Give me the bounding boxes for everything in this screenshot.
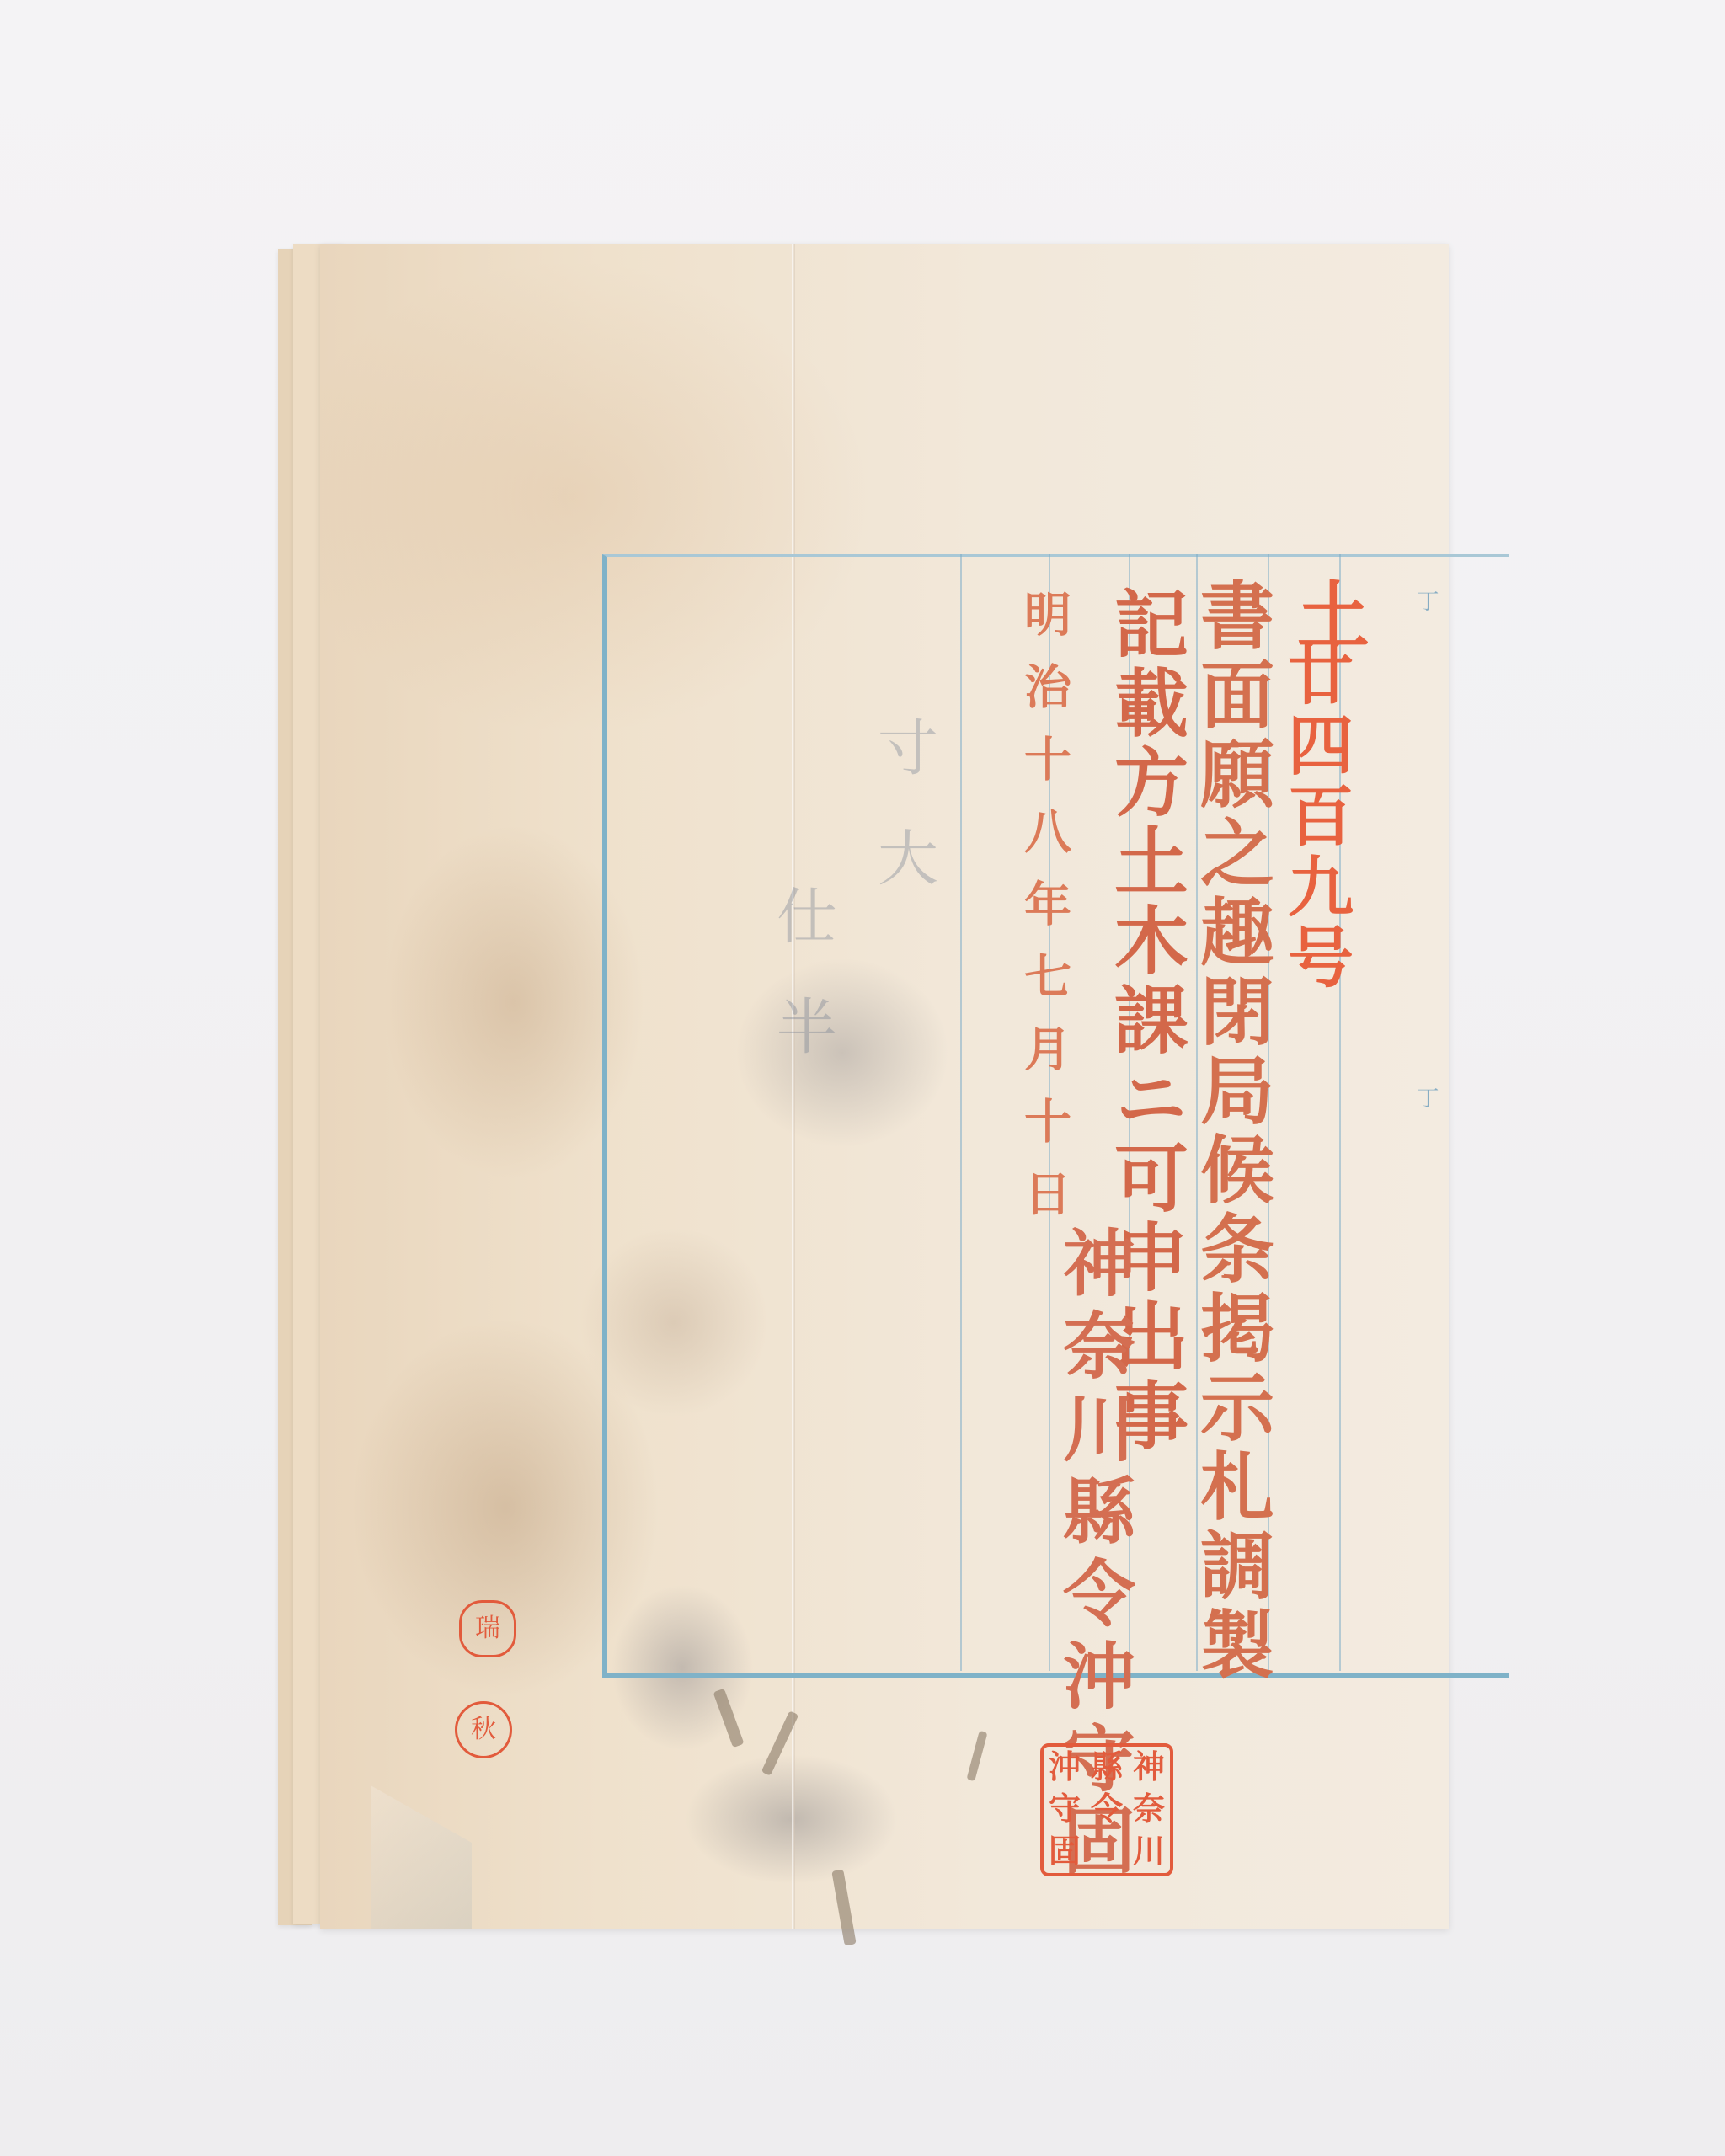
seal-char: 縣 [1086,1747,1128,1789]
reverse-bleed-text: 仕 半 [758,884,846,1070]
ghost-char: 寸 [868,716,938,792]
paper-tear [713,1689,744,1748]
official-seal: 神 縣 沖 奈 令 守 川 固 [1040,1743,1173,1876]
seal-char [1086,1831,1128,1873]
seal-char: 川 [1128,1831,1170,1873]
seal-char: 神 [1128,1747,1170,1789]
folded-corner [371,1785,472,1929]
seal-char: 令 [1086,1789,1128,1831]
edge-blue-mark: 丁 [1417,590,1442,611]
seal-char: 沖 [1044,1747,1086,1789]
date-line: 明治十八年七月十日 [1011,590,1078,1241]
ghost-char: 大 [868,826,938,902]
ghost-char: 半 [766,995,837,1070]
document-sheet: 寸 大 仕 半 土 廿四百九号 書面願之趣閉局候条掲示札調製 記載方土木課ニ可申… [320,244,1449,1929]
edge-blue-mark: 丁 [1417,1086,1442,1108]
paper-tear [966,1731,987,1782]
seal-char: 固 [1044,1831,1086,1873]
ghost-char: 仕 [766,884,837,960]
reverse-bleed-text: 寸 大 [859,716,947,902]
document-photo: 寸 大 仕 半 土 廿四百九号 書面願之趣閉局候条掲示札調製 記載方土木課ニ可申… [278,244,1449,1929]
seal-char: 奈 [1128,1789,1170,1831]
seal-char: 守 [1044,1789,1086,1831]
small-seal-irregular: 瑞 [459,1600,516,1657]
small-seal-round: 秋 [455,1701,512,1758]
paper-tear [831,1869,856,1945]
ruled-column-line [960,554,962,1671]
